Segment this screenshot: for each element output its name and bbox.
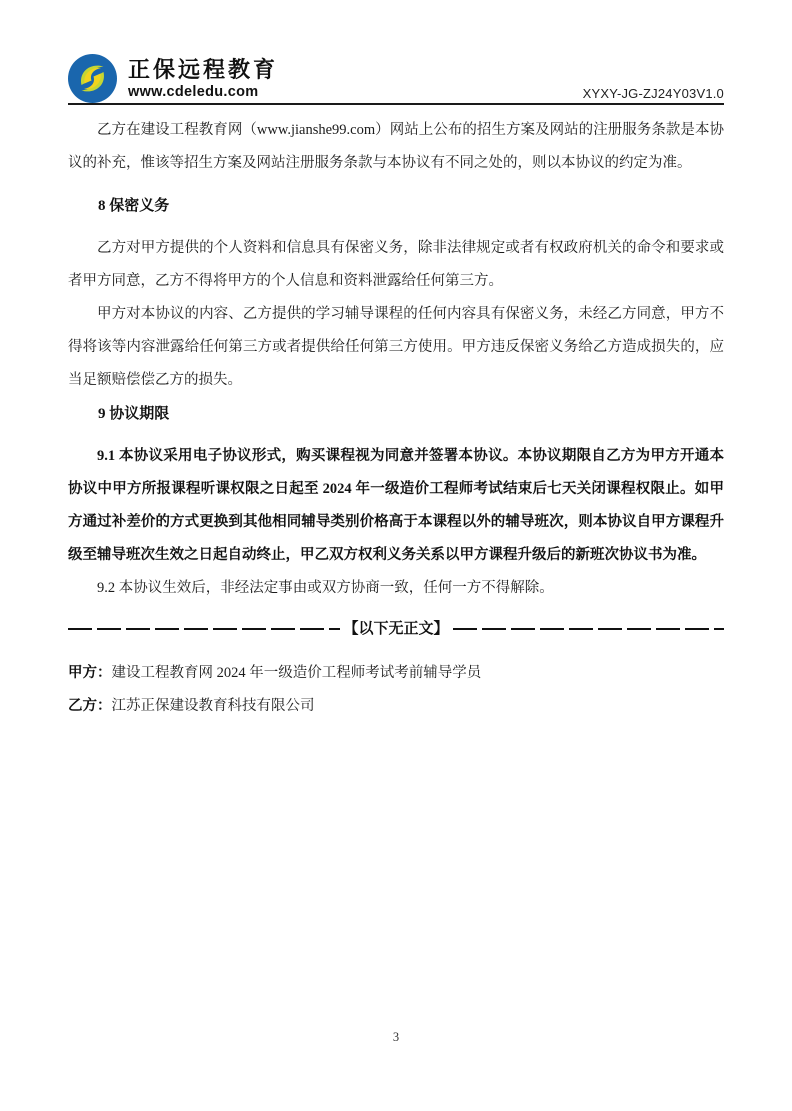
document-code: XYXY-JG-ZJ24Y03V1.0 xyxy=(583,86,724,103)
section-9-paragraph-2: 9.2 本协议生效后，非经法定事由或双方协商一致，任何一方不得解除。 xyxy=(68,572,724,605)
divider-dashes-left xyxy=(68,628,340,630)
no-more-text-label: 【以下无正文】 xyxy=(340,613,453,646)
divider-dashes-right xyxy=(453,628,725,630)
brand-name: 正保远程教育 xyxy=(128,57,278,83)
brand: 正保远程教育 www.cdeledu.com xyxy=(68,54,278,103)
party-b-label: 乙方： xyxy=(68,698,112,714)
party-a-value: 建设工程教育网 2024 年一级造价工程师考试考前辅导学员 xyxy=(112,665,482,681)
section-8-paragraph-2: 甲方对本协议的内容、乙方提供的学习辅导课程的任何内容具有保密义务，未经乙方同意，… xyxy=(68,298,724,397)
party-b-value: 江苏正保建设教育科技有限公司 xyxy=(112,698,315,714)
no-more-text-divider: 【以下无正文】 xyxy=(68,617,724,641)
section-8-paragraph-1: 乙方对甲方提供的个人资料和信息具有保密义务，除非法律规定或者有权政府机关的命令和… xyxy=(68,232,724,298)
party-a-row: 甲方：建设工程教育网 2024 年一级造价工程师考试考前辅导学员 xyxy=(68,657,724,690)
brand-text: 正保远程教育 www.cdeledu.com xyxy=(128,57,278,101)
brand-logo-icon xyxy=(68,54,117,103)
header-rule xyxy=(68,103,724,105)
page-number: 3 xyxy=(0,1030,792,1045)
party-b-row: 乙方：江苏正保建设教育科技有限公司 xyxy=(68,690,724,723)
document-body: 乙方在建设工程教育网（www.jianshe99.com）网站上公布的招生方案及… xyxy=(68,114,724,723)
section-9-heading: 9 协议期限 xyxy=(68,398,724,431)
intro-paragraph: 乙方在建设工程教育网（www.jianshe99.com）网站上公布的招生方案及… xyxy=(68,114,724,180)
section-8-heading: 8 保密义务 xyxy=(68,190,724,223)
party-a-label: 甲方： xyxy=(68,665,112,681)
section-9-paragraph-1: 9.1 本协议采用电子协议形式，购买课程视为同意并签署本协议。本协议期限自乙方为… xyxy=(68,440,724,572)
parties-block: 甲方：建设工程教育网 2024 年一级造价工程师考试考前辅导学员 乙方：江苏正保… xyxy=(68,657,724,723)
brand-url: www.cdeledu.com xyxy=(128,83,278,101)
document-page: 正保远程教育 www.cdeledu.com XYXY-JG-ZJ24Y03V1… xyxy=(0,0,792,1111)
page-header: 正保远程教育 www.cdeledu.com XYXY-JG-ZJ24Y03V1… xyxy=(68,0,724,103)
